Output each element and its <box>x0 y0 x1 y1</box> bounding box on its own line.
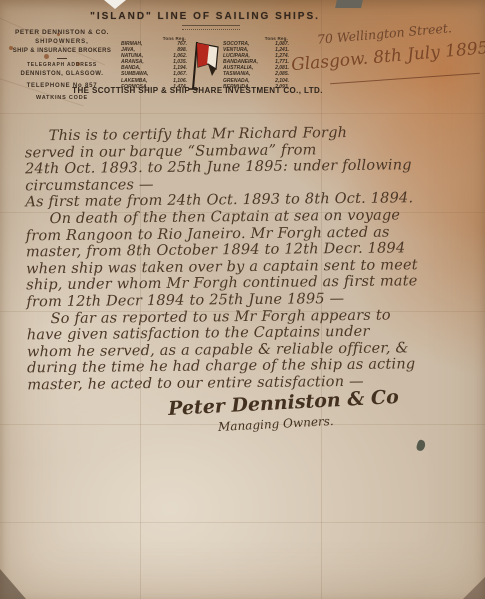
letter-body: This is to certify that Mr Richard Forgh… <box>25 124 476 394</box>
company-name-line: THE SCOTTISH SHIP & SHIP SHARE INVESTMEN… <box>55 86 340 95</box>
body-line: master, he acted to our entire satisfact… <box>27 373 475 394</box>
telegraph-value: DENNISTON, GLASGOW. <box>4 71 120 77</box>
masthead-title: "ISLAND" LINE OF SAILING SHIPS. <box>70 11 340 22</box>
fleet-list-left: Tons Reg. BIRMAH,767. JAVA,898. NATUNA,1… <box>121 36 187 90</box>
telegraph-code-line: WATKINS CODE <box>4 95 120 101</box>
torn-edge-notch <box>104 0 126 9</box>
fold-line-horizontal-1 <box>0 113 485 114</box>
firm-divider-dash <box>57 58 67 59</box>
bottom-left-corner-shadow <box>0 569 26 599</box>
date-underline <box>330 73 480 84</box>
fleet-list-right: Tons Reg. SOCOTRA,1,087. VENTURA,1,241. … <box>223 36 289 90</box>
telegraph-label: TELEGRAPH ADDRESS <box>4 62 120 68</box>
ink-blot-mark <box>415 439 426 452</box>
fold-line-horizontal-5 <box>0 522 485 523</box>
top-edge-dark-patch <box>335 0 363 8</box>
bottom-right-corner-shadow <box>463 577 485 599</box>
firm-brokers-line: SHIP & INSURANCE BROKERS <box>4 48 120 54</box>
firm-name: PETER DENNISTON & CO. <box>4 29 120 36</box>
firm-trade-line: SHIPOWNERS, <box>4 39 120 45</box>
title-flourish-rule <box>182 25 240 30</box>
letter-document: "ISLAND" LINE OF SAILING SHIPS. PETER DE… <box>0 0 485 599</box>
handwritten-address-block: 70 Wellington Street. Glasgow. 8th July … <box>287 18 485 76</box>
signature-role: Managing Owners. <box>218 414 334 434</box>
house-flag-icon <box>184 38 222 92</box>
